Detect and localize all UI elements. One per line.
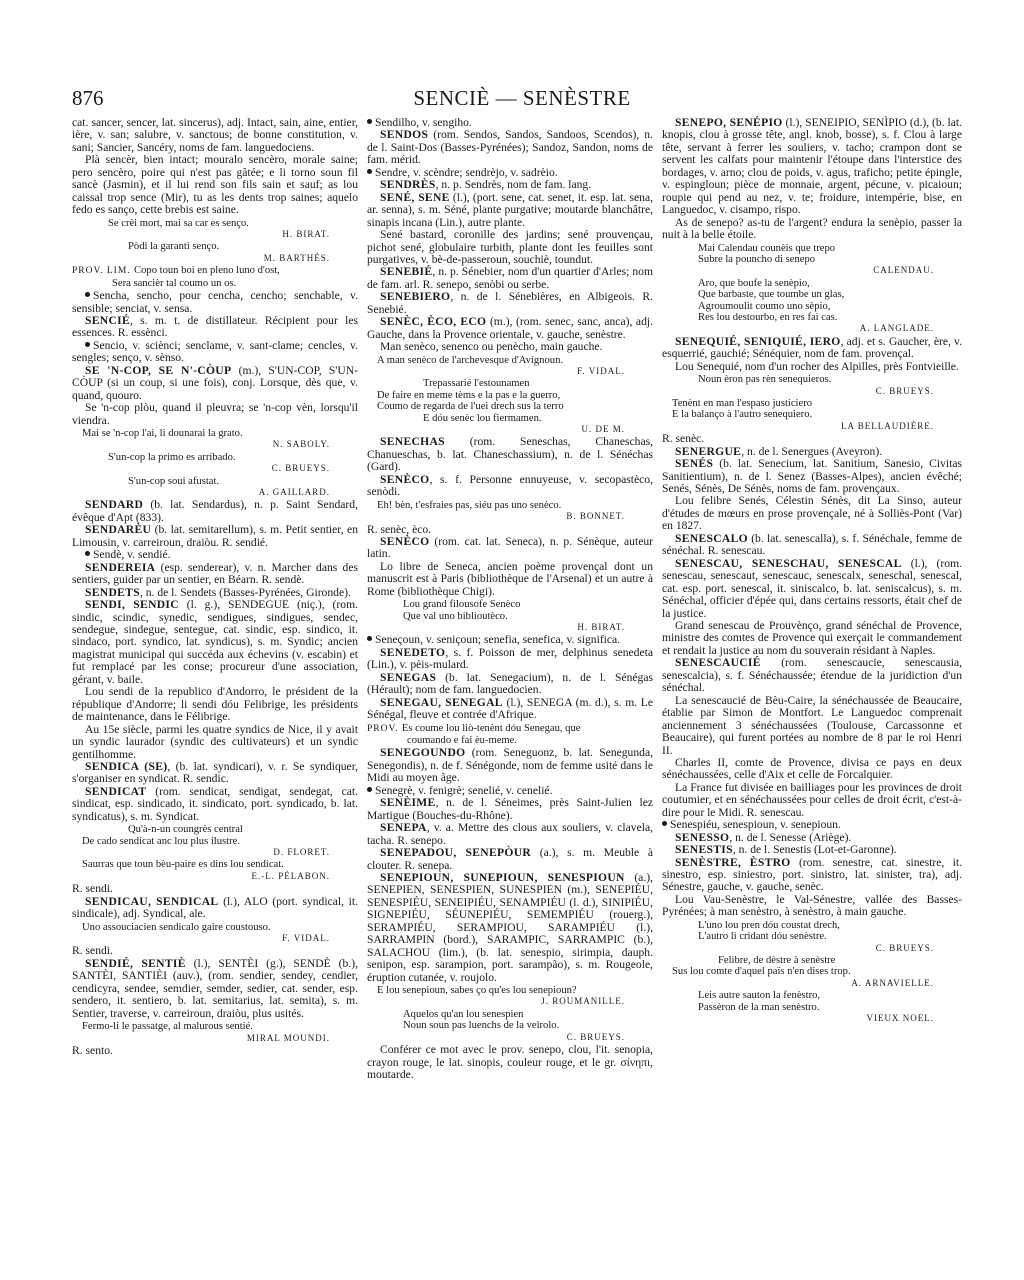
quote-line: Noun èron pas rèn senequieros. — [662, 374, 962, 385]
entry-text: Sendre, v. scèndre; sendrèjo, v. sadrèio… — [375, 166, 558, 179]
citation-quote: Aro, que boufe la senèpio,Que barbaste, … — [662, 278, 962, 335]
citation-quote: Trepassarié l'estounamenDe faire en meme… — [367, 378, 653, 435]
dictionary-entry: SENDICAT (rom. sendicat, sendigat, sende… — [72, 786, 358, 823]
citation-quote: Se crèi mort, mai sa car es senço.H. BIR… — [72, 218, 358, 241]
citation-author: F. VIDAL. — [72, 933, 358, 944]
citation-author: C. BRUEYS. — [662, 386, 962, 397]
dictionary-entry: SENDICAU, SENDICAL (l.), ALO (port. synd… — [72, 896, 358, 921]
quote-line: Felibre, de dèstre à senèstre — [662, 955, 962, 966]
citation-quote: Lou grand filousofe SenècoQue val uno bi… — [367, 599, 653, 633]
entry-paragraph: Man senèco, senenco ou penècho, main gau… — [367, 341, 653, 353]
citation-author: LA BELLAUDIÈRE. — [662, 421, 962, 432]
entry-paragraph: Lou Vau-Senèstre, le Val-Sénestre, vallé… — [662, 894, 962, 919]
citation-author: A. ARNAVIELLE. — [662, 978, 962, 989]
entry-paragraph: Sené bastard, coronille des jardins; sen… — [367, 229, 653, 266]
entry-paragraph: cat. sancer, sencer, lat. sincerus), adj… — [72, 117, 358, 154]
entry-text: Sencha, sencho, pour cencha, cencho; sen… — [72, 289, 358, 314]
headword: SENESSO — [675, 831, 729, 844]
entry-text: R. sento. — [72, 1044, 113, 1057]
dictionary-entry: SENEBIÉ, n. p. Sénebier, nom d'un quarti… — [367, 266, 653, 291]
entry-text: Lou Vau-Senèstre, le Val-Sénestre, vallé… — [662, 893, 962, 918]
quote-line: Qu'à-n-un coungrès central — [72, 824, 358, 835]
citation-author: B. BONNET. — [367, 511, 653, 522]
dictionary-entry: SENÈCO, s. f. Personne ennuyeuse, v. sec… — [367, 474, 653, 499]
entry-text: Lo libre de Seneca, ancien poème provenç… — [367, 560, 653, 598]
headword: SENÈCO — [380, 473, 429, 486]
headword: SENCIÉ — [85, 314, 130, 327]
dictionary-entry: SENDARD (b. lat. Sendardus), n. p. Saint… — [72, 499, 358, 524]
entry-paragraph: Au 15e siècle, parmi les quatre syndics … — [72, 724, 358, 761]
headword: SENESTIS — [675, 843, 733, 856]
bullet-icon — [85, 551, 90, 556]
citation-author: F. VIDAL. — [367, 366, 653, 377]
citation-author: C. BRUEYS. — [72, 463, 358, 474]
citation-author: H. BIRAT. — [367, 622, 653, 633]
entry-text: (a.), SENEPIEN, SENESPIEN, SUNESPIEN (m.… — [367, 871, 653, 984]
dictionary-entry: SENESCALO (b. lat. senescalla), s. f. Sé… — [662, 533, 962, 558]
column-left: cat. sancer, sencer, lat. sincerus), adj… — [72, 117, 358, 1057]
quote-line: Leis autre sauton la fenèstro, — [662, 990, 962, 1001]
entry-paragraph: R. sento. — [72, 1045, 358, 1057]
entry-text: La senescaucié de Bèu-Caire, la sénéchau… — [662, 694, 962, 757]
citation-author: CALENDAU. — [662, 265, 962, 276]
entry-text: Lou sendi de la republico d'Andorro, le … — [72, 685, 358, 723]
headword: SE 'N-COP, SE N'-CÒUP — [85, 364, 231, 377]
entry-text: Sendilho, v. sengiho. — [375, 116, 472, 129]
headword: SENEGOUNDO — [380, 746, 465, 759]
dictionary-entry: SENEBIERO, n. de l. Sénebières, en Albig… — [367, 291, 653, 316]
quote-line: Subre la pouncho di senepo — [662, 254, 962, 265]
headword: SENÈCO — [380, 535, 429, 548]
dictionary-page: 876 SENCIÈ — SENÈSTRE cat. sancer, sence… — [0, 0, 1024, 1280]
dictionary-entry: SENEPIOUN, SUNEPIOUN, SENESPIOUN (a.), S… — [367, 872, 653, 984]
dictionary-entry: SENEDETO, s. f. Poisson de mer, delphinu… — [367, 647, 653, 672]
quote-line: Saurras que toun bèu-paire es dins lou s… — [72, 859, 358, 870]
citation-author: A. LANGLADE. — [662, 323, 962, 334]
citation-author: C. BRUEYS. — [662, 943, 962, 954]
headword: SENEBIÉ — [380, 265, 432, 278]
headword: SENDEREIA — [85, 561, 155, 574]
quote-line: E dóu senèc lou fiermamen. — [367, 413, 653, 424]
headword: SENEQUIÉ, SENIQUIÉ, IERO — [675, 335, 841, 348]
entry-paragraph: Se 'n-cop plòu, quand il pleuvra; se 'n-… — [72, 402, 358, 427]
citation-quote: Aquelos qu'an lou senespienNoun soun pas… — [367, 1009, 653, 1043]
dictionary-entry: SENEGAS (b. lat. Senegacium), n. de l. S… — [367, 672, 653, 697]
proverb-line: Es coume lou liò-tenènt dóu Senegau, que — [402, 723, 581, 734]
quote-line: Mai se 'n-cop l'ai, li dounarai la grato… — [72, 428, 358, 439]
entry-text: (l.), SENEIPIO, SENÌPIO (d.), (b. lat. k… — [662, 116, 962, 216]
citation-quote: Mai Calendau counèis que trepoSubre la p… — [662, 243, 962, 277]
bullet-icon — [85, 342, 90, 347]
dictionary-entry: SENDOS (rom. Sendos, Sandos, Sandoos, Sc… — [367, 129, 653, 166]
quote-line: L'autro li cridant dóu senèstre. — [662, 931, 962, 942]
dictionary-entry: SENÉ, SENE (l.), (port. sene, cat. senet… — [367, 192, 653, 229]
entry-text: Se 'n-cop plòu, quand il pleuvra; se 'n-… — [72, 401, 358, 426]
entry-text: R. senèc, èco. — [367, 523, 431, 536]
headword: SENDICAT — [85, 785, 146, 798]
quote-line: Agroumoulit coumo uno sèpio, — [662, 301, 962, 312]
entry-paragraph: Sencio, v. sciènci; senclame, v. sant-cl… — [72, 340, 358, 365]
citation-quote: Saurras que toun bèu-paire es dins lou s… — [72, 859, 358, 882]
quote-line: A man senèco de l'archevesque d'Avignoun… — [367, 355, 653, 366]
headword: SENÈC, ÈCO, ECO — [380, 315, 486, 328]
headword: SENÉ, SENE — [380, 191, 450, 204]
headword: SENECHAS — [380, 435, 445, 448]
entry-paragraph: Sencha, sencho, pour cencha, cencho; sen… — [72, 290, 358, 315]
bullet-icon — [367, 787, 372, 792]
headword: SENESCALO — [675, 532, 748, 545]
quote-line: Res lou destourbo, en res fai cas. — [662, 312, 962, 323]
quote-line: Passèron de la man senèstro. — [662, 1002, 962, 1013]
dictionary-entry: SENÈC, ÈCO, ECO (m.), (rom. senec, sanc,… — [367, 316, 653, 341]
entry-text: Au 15e siècle, parmi les quatre syndics … — [72, 723, 358, 761]
citation-author: M. BARTHÉS. — [72, 253, 358, 264]
headword: SENDICA (SE) — [85, 760, 167, 773]
entry-text: Senespiéu, senespioun, v. senepioun. — [670, 818, 841, 831]
quote-line: E lou senepioun, sabes ço qu'es lou sene… — [367, 985, 653, 996]
entry-text: Sendè, v. sendié. — [93, 548, 171, 561]
entry-paragraph: Conférer ce mot avec le prov. senepo, cl… — [367, 1044, 653, 1081]
quote-line: De faire en meme tèms e la pas e la guer… — [367, 390, 653, 401]
entry-text: R. sendi. — [72, 882, 113, 895]
proverb-label: PROV. LIM. — [72, 266, 134, 276]
quote-line: E la balanço à l'autro senequiero. — [662, 409, 962, 420]
citation-quote: A man senèco de l'archevesque d'Avignoun… — [367, 355, 653, 378]
dictionary-entry: SENEGOUNDO (rom. Seneguonz, b. lat. Sene… — [367, 747, 653, 784]
entry-text: Conférer ce mot avec le prov. senepo, cl… — [367, 1043, 653, 1081]
quote-line: Fermo-li le passatge, al malurous sentié… — [72, 1021, 358, 1032]
entry-text: , n. de l. Sendets (Basses-Pyrénées, Gir… — [140, 586, 351, 599]
citation-author: A. GAILLARD. — [72, 487, 358, 498]
entry-text: (l. g.), SENDEGUE (niç.), (rom. sindic, … — [72, 598, 358, 686]
entry-text: Grand senescau de Prouvènço, grand sénéc… — [662, 619, 962, 657]
citation-quote: S'un-cop soui afustat.A. GAILLARD. — [72, 476, 358, 499]
headword: SENÈIME — [380, 796, 436, 809]
citation-author: J. ROUMANILLE. — [367, 996, 653, 1007]
citation-author: D. FLORET. — [72, 847, 358, 858]
citation-quote: Qu'à-n-un coungrès centralDe cado sendic… — [72, 824, 358, 858]
dictionary-entry: SENEPADOU, SENEPÒUR (a.), s. m. Meuble à… — [367, 847, 653, 872]
dictionary-entry: SENEGAU, SENEGAL (l.), SENEGA (m. d.), s… — [367, 697, 653, 722]
headword: SENEGAU, SENEGAL — [380, 696, 503, 709]
quote-line: Lou grand filousofe Senèco — [367, 599, 653, 610]
entry-paragraph: Lo libre de Seneca, ancien poème provenç… — [367, 561, 653, 598]
quote-line: De cado sendicat anc lou plus ilustre. — [72, 836, 358, 847]
citation-author: U. DE M. — [367, 424, 653, 435]
citation-quote: L'uno lou pren dóu coustat drech,L'autro… — [662, 920, 962, 954]
citation-quote: S'un-cop la primo es arribado.C. BRUEYS. — [72, 452, 358, 475]
quote-line: Sus lou comte d'aquel païs n'en dises tr… — [662, 966, 962, 977]
entry-text: , n. de l. Senergues (Aveyron). — [741, 445, 882, 458]
headword: SENDRÈS — [380, 178, 436, 191]
quote-line: Aquelos qu'an lou senespien — [367, 1009, 653, 1020]
citation-author: E.-L. PÉLABON. — [72, 871, 358, 882]
entry-text: Sencio, v. sciènci; senclame, v. sant-cl… — [72, 339, 358, 364]
dictionary-entry: SENCIÉ, s. m. t. de distillateur. Récipi… — [72, 315, 358, 340]
headword: SENEBIERO — [380, 290, 450, 303]
citation-author: VIEUX NOEL. — [662, 1013, 962, 1024]
bullet-icon — [367, 169, 372, 174]
quote-line: Que barbaste, que toumbe un glas, — [662, 289, 962, 300]
dictionary-entry: SENÉS (b. lat. Senecium, lat. Sanitium, … — [662, 458, 962, 495]
quote-line: Se crèi mort, mai sa car es senço. — [72, 218, 358, 229]
entry-text: Lou Senequié, nom d'un rocher des Alpill… — [675, 360, 959, 373]
headword: SENERGUE — [675, 445, 741, 458]
proverb-line: Copo toun boi en pleno luno d'ost, — [134, 265, 280, 276]
proverb-line: coumando e fai èu-meme. — [367, 735, 653, 746]
dictionary-entry: SENÈIME, n. de l. Séneimes, près Saint-J… — [367, 797, 653, 822]
dictionary-entry: SENÈSTRE, ÈSTRO (rom. senestre, cat. sin… — [662, 857, 962, 894]
bullet-icon — [662, 821, 667, 826]
entry-paragraph: La France fut divisée en bailliages pour… — [662, 782, 962, 819]
citation-quote: Felibre, de dèstre à senèstreSus lou com… — [662, 955, 962, 989]
headword: SENESCAU, SENESCHAU, SENESCAL — [675, 557, 902, 570]
column-middle: Sendilho, v. sengiho.SENDOS (rom. Sendos… — [367, 117, 653, 1081]
entry-paragraph: Lou felibre Senés, Célestin Sénès, dit L… — [662, 495, 962, 532]
entry-paragraph: Plà sencèr, bien intact; mouralo sencèro… — [72, 154, 358, 216]
headword: SENEDETO — [380, 646, 445, 659]
bullet-icon — [367, 119, 372, 124]
quote-line: Uno assouciacien sendicalo gaire coustou… — [72, 922, 358, 933]
headword: SENDICAU, SENDICAL — [85, 895, 218, 908]
entry-text: Man senèco, senenco ou penècho, main gau… — [380, 340, 602, 353]
entry-text: R. senèc. — [662, 432, 704, 445]
dictionary-entry: SENDICA (SE), (b. lat. syndicari), v. r.… — [72, 761, 358, 786]
headword: SENDARÈU — [85, 523, 151, 536]
entry-text: Sené bastard, coronille des jardins; sen… — [367, 228, 653, 266]
entry-paragraph: Lou sendi de la republico d'Andorro, le … — [72, 686, 358, 723]
headword: SENÉS — [675, 457, 713, 470]
quote-line: S'un-cop soui afustat. — [72, 476, 358, 487]
entry-text: cat. sancer, sencer, lat. sincerus), adj… — [72, 116, 358, 154]
entry-text: Plà sencèr, bien intact; mouralo sencèro… — [72, 153, 358, 216]
headword: SENDARD — [85, 498, 143, 511]
headword: SENDI, SENDIC — [85, 598, 179, 611]
proverb: PROV. LIM. Copo toun boi en pleno luno d… — [72, 265, 358, 289]
entry-paragraph: Lou Senequié, nom d'un rocher des Alpill… — [662, 361, 962, 373]
dictionary-entry: SENDEREIA (esp. senderear), v. n. Marche… — [72, 562, 358, 587]
entry-text: Lou felibre Senés, Célestin Sénès, dit L… — [662, 494, 962, 532]
quote-line: Mai Calendau counèis que trepo — [662, 243, 962, 254]
headword: SENDOS — [380, 128, 428, 141]
dictionary-entry: SE 'N-COP, SE N'-CÒUP (m.), S'UN-COP, S'… — [72, 365, 358, 402]
quote-line: Noun soun pas luenchs de la veirolo. — [367, 1020, 653, 1031]
entry-text: As de senepo? as-tu de l'argent? endura … — [662, 216, 962, 241]
quote-line: Aro, que boufe la senèpio, — [662, 278, 962, 289]
headword: SENEPO, SENÉPIO — [675, 116, 783, 129]
citation-quote: Noun èron pas rèn senequieros.C. BRUEYS. — [662, 374, 962, 397]
dictionary-entry: SENEPA, v. a. Mettre des clous aux souli… — [367, 822, 653, 847]
headword: SENESCAUCIÉ — [675, 656, 761, 669]
citation-quote: Fermo-li le passatge, al malurous sentié… — [72, 1021, 358, 1044]
dictionary-entry: SENDARÈU (b. lat. semitarellum), s. m. P… — [72, 524, 358, 549]
dictionary-entry: SENECHAS (rom. Seneschas, Chaneschas, Ch… — [367, 436, 653, 473]
headword: SENDETS — [85, 586, 140, 599]
quote-line: Que val uno biblioutèco. — [367, 611, 653, 622]
quote-line: L'uno lou pren dóu coustat drech, — [662, 920, 962, 931]
entry-text: , n. p. Sendrès, nom de fam. lang. — [436, 178, 592, 191]
citation-quote: Tenènt en man l'espaso justicieroE la ba… — [662, 398, 962, 432]
citation-quote: Uno assouciacien sendicalo gaire coustou… — [72, 922, 358, 945]
citation-quote: Pòdi la garanti senço.M. BARTHÉS. — [72, 241, 358, 264]
citation-author: N. SABOLY. — [72, 439, 358, 450]
entry-text: R. sendi. — [72, 944, 113, 957]
entry-text: Charles II, comte de Provence, divisa ce… — [662, 756, 962, 781]
dictionary-entry: SENESCAUCIÉ (rom. senescaucie, senescaus… — [662, 657, 962, 694]
entry-paragraph: Grand senescau de Prouvènço, grand sénéc… — [662, 620, 962, 657]
page-header: 876 SENCIÈ — SENÈSTRE — [72, 86, 972, 114]
quote-line: Coumo de regarda de l'uei drech sus la t… — [367, 401, 653, 412]
quote-line: Pòdi la garanti senço. — [72, 241, 358, 252]
column-right: SENEPO, SENÉPIO (l.), SENEIPIO, SENÌPIO … — [662, 117, 962, 1026]
bullet-icon — [367, 636, 372, 641]
citation-author: MIRAL MOUNDI. — [72, 1033, 358, 1044]
citation-quote: Leis autre sauton la fenèstro,Passèron d… — [662, 990, 962, 1024]
citation-quote: E lou senepioun, sabes ço qu'es lou sene… — [367, 985, 653, 1008]
quote-line: Eh! bèn, t'esfraies pas, siéu pas uno se… — [367, 500, 653, 511]
running-head: SENCIÈ — SENÈSTRE — [72, 86, 972, 111]
proverb: PROV. Es coume lou liò-tenènt dóu Senega… — [367, 723, 653, 747]
entry-paragraph: La senescaucié de Bèu-Caire, la sénéchau… — [662, 695, 962, 757]
dictionary-entry: SENDI, SENDIC (l. g.), SENDEGUE (niç.), … — [72, 599, 358, 686]
headword: SENEPA — [380, 821, 427, 834]
entry-text: , n. de l. Senesse (Ariège). — [729, 831, 851, 844]
headword: SENEPADOU, SENEPÒUR — [380, 846, 531, 859]
entry-paragraph: Charles II, comte de Provence, divisa ce… — [662, 757, 962, 782]
entry-text: Seneçoun, v. seniçoun; senefia, senefica… — [375, 633, 620, 646]
proverb-label: PROV. — [367, 724, 402, 734]
entry-text: La France fut divisée en bailliages pour… — [662, 781, 962, 819]
dictionary-entry: SENEQUIÉ, SENIQUIÉ, IERO, adj. et s. Gau… — [662, 336, 962, 361]
citation-quote: Eh! bèn, t'esfraies pas, siéu pas uno se… — [367, 500, 653, 523]
citation-author: C. BRUEYS. — [367, 1032, 653, 1043]
entry-text: , n. de l. Senestis (Lot-et-Garonne). — [733, 843, 897, 856]
citation-author: H. BIRAT. — [72, 229, 358, 240]
headword: SENEGAS — [380, 671, 436, 684]
quote-line: Trepassarié l'estounamen — [367, 378, 653, 389]
quote-line: S'un-cop la primo es arribado. — [72, 452, 358, 463]
dictionary-entry: SENÈCO (rom. cat. lat. Seneca), n. p. Sé… — [367, 536, 653, 561]
headword: SENDIÉ, SENTIÈ — [85, 957, 186, 970]
dictionary-entry: SENDIÉ, SENTIÈ (l.), SENTÈI (g.), SENDÈ … — [72, 958, 358, 1020]
dictionary-entry: SENEPO, SENÉPIO (l.), SENEIPIO, SENÌPIO … — [662, 117, 962, 217]
quote-line: Tenènt en man l'espaso justiciero — [662, 398, 962, 409]
entry-text: Senegrè, v. fenigrè; senelié, v. cenelié… — [375, 784, 552, 797]
dictionary-entry: SENESCAU, SENESCHAU, SENESCAL (l.), (rom… — [662, 558, 962, 620]
proverb-line: Sera sancièr tal coumo un os. — [72, 278, 358, 289]
bullet-icon — [85, 292, 90, 297]
entry-paragraph: As de senepo? as-tu de l'argent? endura … — [662, 217, 962, 242]
citation-quote: Mai se 'n-cop l'ai, li dounarai la grato… — [72, 428, 358, 451]
headword: SENÈSTRE, ÈSTRO — [675, 856, 791, 869]
